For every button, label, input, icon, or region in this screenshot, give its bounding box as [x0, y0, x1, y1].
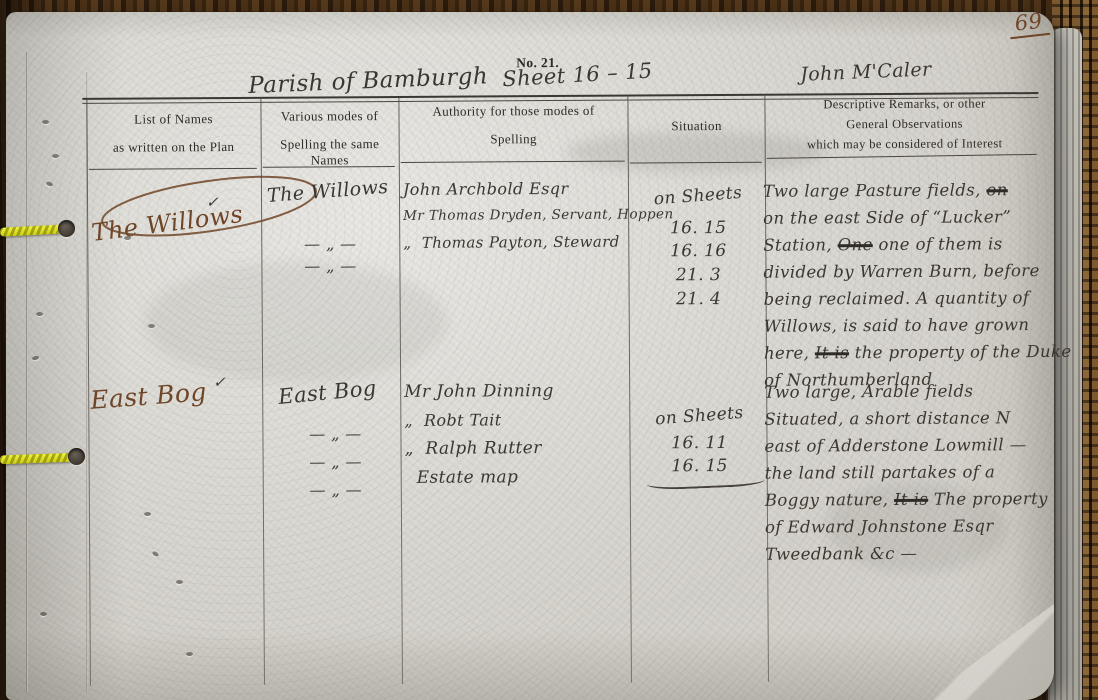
situation-heading: on Sheets [629, 181, 766, 211]
header-names-line1: List of Names [88, 111, 258, 128]
remark-text: the land still partakes of a [765, 462, 996, 482]
remark-text: being reclaimed. A quantity of [764, 288, 1030, 309]
remark-text: Two large, Arable fields [764, 381, 973, 401]
remark-line: Tweedbank &c — [765, 539, 1051, 568]
header-remarks-line1: Descriptive Remarks, or other [766, 96, 1042, 113]
struck-word: on [986, 180, 1007, 199]
remark-line: being reclaimed. A quantity of [764, 284, 1050, 313]
remark-line: the land still partakes of a [765, 458, 1051, 487]
ditto-mark: — „ — [273, 452, 399, 472]
ditto-mark: — „ — [267, 256, 393, 276]
remark-line: Willows, is said to have grown [764, 311, 1050, 340]
ditto-mark: — „ — [272, 424, 398, 444]
header-underline [401, 161, 625, 163]
header-authority-line2: Spelling [401, 131, 627, 148]
header-underline [767, 154, 1037, 159]
remark-line: Boggy nature, It is The property [765, 485, 1051, 514]
remark-text: Two large Pasture fields, [763, 180, 987, 200]
remark-line: on the east Side of “Lucker” [763, 203, 1049, 232]
remark-text: here, [764, 343, 815, 362]
header-remarks-line2: General Observations [767, 116, 1043, 133]
remark-line: Two large, Arable fields [764, 377, 1050, 406]
remark-line: Situated, a short distance N [764, 404, 1050, 433]
sheet-ref: 16. 15 [630, 218, 766, 239]
sheet-ref: 21. 4 [631, 289, 767, 310]
remark-line: of Edward Johnstone Esqr [765, 512, 1051, 541]
remark-text: one of them is [873, 234, 1003, 254]
authority-entry: „ Robt Tait [404, 410, 501, 430]
examiner-signature: John M'Caler [800, 58, 932, 85]
remark-text: the property of the Duke [849, 342, 1072, 362]
remark-text: The property [928, 489, 1048, 509]
remark-line: Station, One one of them is [763, 230, 1049, 259]
authority-entry: Mr John Dinning [404, 381, 554, 402]
situation-heading: on Sheets [631, 401, 768, 431]
remark-text: divided by Warren Burn, before [763, 261, 1039, 282]
sheet-ref: 21. 3 [630, 265, 766, 286]
remark-text: on the east Side of “Lucker” [763, 207, 1011, 228]
name-book-page: 69 No. 21. Parish of Bamburgh Sheet 16 –… [6, 12, 1054, 700]
check-mark: ✓ [213, 373, 226, 391]
remark-text: Situated, a short distance N [764, 408, 1010, 429]
remark-line: here, It is the property of the Duke [764, 338, 1050, 367]
ditto-mark: — „ — [267, 234, 393, 254]
remark-text: Tweedbank &c — [765, 544, 917, 564]
header-remarks-line3: which may be considered of Interest [767, 136, 1043, 153]
header-names-line2: as written on the Plan [89, 139, 259, 156]
header-spelling-line2: Spelling the same Names [263, 136, 397, 169]
sheet-ref: 16. 11 [631, 433, 767, 454]
ruled-form: 69 No. 21. Parish of Bamburgh Sheet 16 –… [4, 6, 1056, 700]
authority-entry: Estate map [417, 467, 519, 488]
remark-text: Station, [763, 235, 837, 254]
column-divider [627, 97, 632, 683]
header-authority-line1: Authority for those modes of [400, 103, 626, 120]
remark-text: east of Adderstone Lowmill — [764, 435, 1026, 456]
authority-entry: John Archbold Esqr [403, 179, 569, 199]
header-underline [89, 168, 257, 170]
plan-name: East Bog [89, 377, 207, 415]
check-mark: ✓ [206, 193, 219, 211]
sheet-ref: 16. 16 [630, 241, 766, 262]
header-underline [630, 162, 762, 164]
authority-entry: „ Ralph Rutter [404, 438, 541, 459]
struck-word: It is [815, 343, 849, 362]
spelling-entry: East Bog [277, 376, 377, 409]
parish-title: Parish of Bamburgh [248, 63, 489, 99]
struck-word: One [838, 235, 873, 254]
folio-number: 69 [1008, 8, 1050, 39]
remark-line: Two large Pasture fields, on [763, 176, 1049, 205]
header-situation: Situation [630, 118, 764, 135]
authority-entry: „ Thomas Payton, Steward [403, 233, 620, 252]
struck-word: It is [894, 490, 928, 509]
header-spelling-line1: Various modes of [262, 108, 396, 125]
remark-line: east of Adderstone Lowmill — [764, 431, 1050, 460]
sheet-ref: 16. 15 [632, 456, 768, 477]
ditto-mark: — „ — [273, 480, 399, 500]
remark-text: of Edward Johnstone Esqr [765, 516, 994, 536]
remark-line: divided by Warren Burn, before [763, 257, 1049, 286]
remark-text: Willows, is said to have grown [764, 315, 1030, 336]
remark-text: Boggy nature, [765, 490, 894, 510]
